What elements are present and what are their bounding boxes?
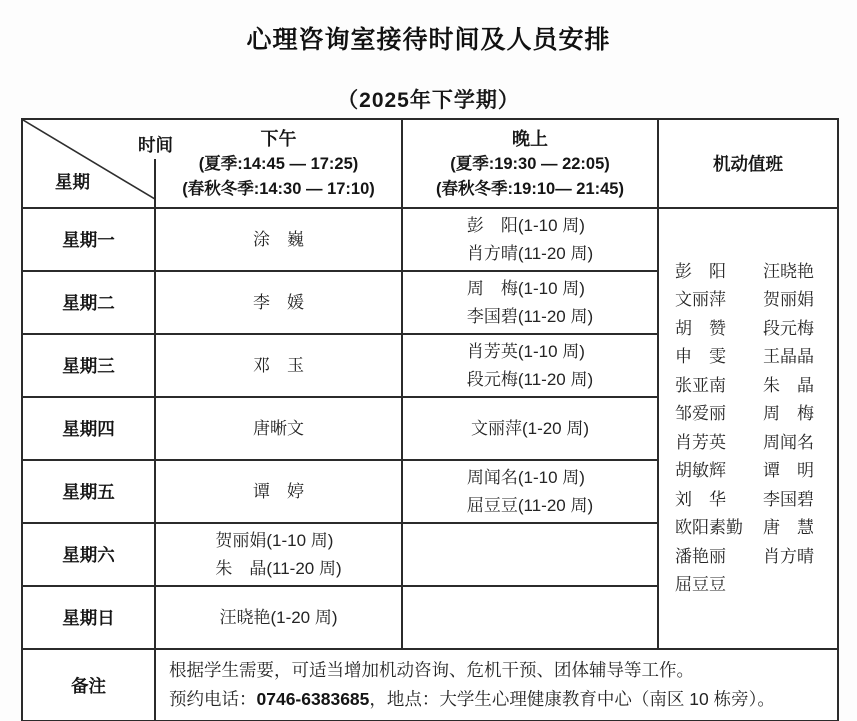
standby-name: 张亚南 (675, 372, 763, 401)
afternoon-summer-hours: (夏季:14:45 — 17:25) (156, 152, 401, 177)
standby-name (763, 571, 814, 600)
counselor-name: 李国碧(11-20 周) (467, 303, 593, 331)
evening-cell: 周闻名(1-10 周) 屈豆豆(11-20 周) (402, 460, 658, 523)
standby-names-cell: 彭 阳汪晓艳 文丽萍贺丽娟 胡 赞段元梅 申 雯王晶晶 张亚南朱 晶 邹爱丽周 … (658, 208, 838, 649)
standby-name: 朱 晶 (763, 372, 814, 401)
afternoon-cell: 唐晰文 (155, 397, 402, 460)
counselor-name: 周 梅(1-10 周) (467, 275, 593, 303)
counselor-name: 汪晓艳(1-20 周) (219, 604, 337, 632)
standby-name: 邹爱丽 (675, 400, 763, 429)
afternoon-cell: 李 媛 (155, 271, 402, 334)
counselor-name: 唐晰文 (253, 415, 304, 443)
day-label: 星期三 (22, 334, 155, 397)
schedule-table: 时间 星期 下午 (夏季:14:45 — 17:25) (春秋冬季:14:30 … (21, 118, 839, 721)
remark-line2: 预约电话：0746-6383685，地点：大学生心理健康教育中心（南区 10 栋… (169, 685, 827, 714)
page-title: 心理咨询室接待时间及人员安排 (0, 0, 857, 56)
standby-name: 唐 慧 (763, 514, 814, 543)
afternoon-title: 下午 (156, 126, 401, 152)
evening-other-hours: (春秋冬季:19:10— 21:45) (403, 177, 657, 202)
corner-cell: 时间 星期 (22, 119, 155, 208)
counselor-name: 谭 婷 (253, 478, 304, 506)
standby-name: 周闻名 (763, 429, 814, 458)
corner-week-label: 星期 (55, 169, 90, 194)
remark-label: 备注 (22, 649, 155, 721)
standby-name: 王晶晶 (763, 343, 814, 372)
standby-name: 段元梅 (763, 315, 814, 344)
phone-number: 0746-6383685 (257, 689, 370, 709)
day-label: 星期六 (22, 523, 155, 586)
afternoon-cell: 汪晓艳(1-20 周) (155, 586, 402, 649)
evening-cell: 彭 阳(1-10 周) 肖方晴(11-20 周) (402, 208, 658, 271)
standby-header: 机动值班 (658, 119, 838, 208)
standby-name: 文丽萍 (675, 286, 763, 315)
evening-cell-empty (402, 586, 658, 649)
standby-name: 李国碧 (763, 486, 814, 515)
afternoon-other-hours: (春秋冬季:14:30 — 17:10) (156, 177, 401, 202)
remark-location: ，地点：大学生心理健康教育中心（南区 10 栋旁）。 (369, 689, 774, 709)
counselor-name: 彭 阳(1-10 周) (467, 212, 593, 240)
standby-name: 汪晓艳 (763, 258, 814, 287)
day-label: 星期五 (22, 460, 155, 523)
evening-header: 晚上 (夏季:19:30 — 22:05) (春秋冬季:19:10— 21:45… (402, 119, 658, 208)
remark-phone-prefix: 预约电话： (169, 689, 257, 709)
evening-cell: 文丽萍(1-20 周) (402, 397, 658, 460)
counselor-name: 涂 巍 (253, 226, 304, 254)
standby-name: 彭 阳 (675, 258, 763, 287)
evening-cell: 肖芳英(1-10 周) 段元梅(11-20 周) (402, 334, 658, 397)
standby-name: 胡 赞 (675, 315, 763, 344)
evening-cell-empty (402, 523, 658, 586)
day-label: 星期一 (22, 208, 155, 271)
day-label: 星期日 (22, 586, 155, 649)
counselor-name: 邓 玉 (253, 352, 304, 380)
standby-name-list: 彭 阳汪晓艳 文丽萍贺丽娟 胡 赞段元梅 申 雯王晶晶 张亚南朱 晶 邹爱丽周 … (659, 258, 837, 600)
corner-time-label: 时间 (133, 120, 178, 159)
evening-title: 晚上 (403, 126, 657, 152)
counselor-name: 段元梅(11-20 周) (467, 366, 593, 394)
counselor-name: 李 媛 (253, 289, 304, 317)
standby-name: 贺丽娟 (763, 286, 814, 315)
afternoon-cell: 谭 婷 (155, 460, 402, 523)
page-subtitle: （2025年下学期） (0, 84, 857, 114)
counselor-name: 周闻名(1-10 周) (467, 464, 593, 492)
day-label: 星期四 (22, 397, 155, 460)
counselor-name: 朱 晶(11-20 周) (215, 555, 341, 583)
day-label: 星期二 (22, 271, 155, 334)
evening-summer-hours: (夏季:19:30 — 22:05) (403, 152, 657, 177)
counselor-name: 贺丽娟(1-10 周) (215, 527, 341, 555)
standby-name: 申 雯 (675, 343, 763, 372)
standby-name: 屈豆豆 (675, 571, 763, 600)
remark-row: 备注 根据学生需要，可适当增加机动咨询、危机干预、团体辅导等工作。 预约电话：0… (22, 649, 838, 721)
standby-name: 周 梅 (763, 400, 814, 429)
remark-content: 根据学生需要，可适当增加机动咨询、危机干预、团体辅导等工作。 预约电话：0746… (155, 649, 838, 721)
standby-name: 刘 华 (675, 486, 763, 515)
standby-name: 肖方晴 (763, 543, 814, 572)
afternoon-cell: 涂 巍 (155, 208, 402, 271)
afternoon-cell: 邓 玉 (155, 334, 402, 397)
counselor-name: 文丽萍(1-20 周) (471, 415, 589, 443)
table-row-monday: 星期一 涂 巍 彭 阳(1-10 周) 肖方晴(11-20 周) 彭 阳汪晓艳 … (22, 208, 838, 271)
standby-name: 肖芳英 (675, 429, 763, 458)
counselor-name: 肖芳英(1-10 周) (467, 338, 593, 366)
standby-name: 潘艳丽 (675, 543, 763, 572)
standby-name: 胡敏辉 (675, 457, 763, 486)
header-row: 时间 星期 下午 (夏季:14:45 — 17:25) (春秋冬季:14:30 … (22, 119, 838, 208)
afternoon-cell: 贺丽娟(1-10 周) 朱 晶(11-20 周) (155, 523, 402, 586)
standby-name: 谭 明 (763, 457, 814, 486)
remark-line1: 根据学生需要，可适当增加机动咨询、危机干预、团体辅导等工作。 (169, 656, 827, 685)
afternoon-header: 下午 (夏季:14:45 — 17:25) (春秋冬季:14:30 — 17:1… (155, 119, 402, 208)
evening-cell: 周 梅(1-10 周) 李国碧(11-20 周) (402, 271, 658, 334)
counselor-name: 肖方晴(11-20 周) (467, 240, 593, 268)
counselor-name: 屈豆豆(11-20 周) (467, 492, 593, 520)
standby-name: 欧阳素勤 (675, 514, 763, 543)
